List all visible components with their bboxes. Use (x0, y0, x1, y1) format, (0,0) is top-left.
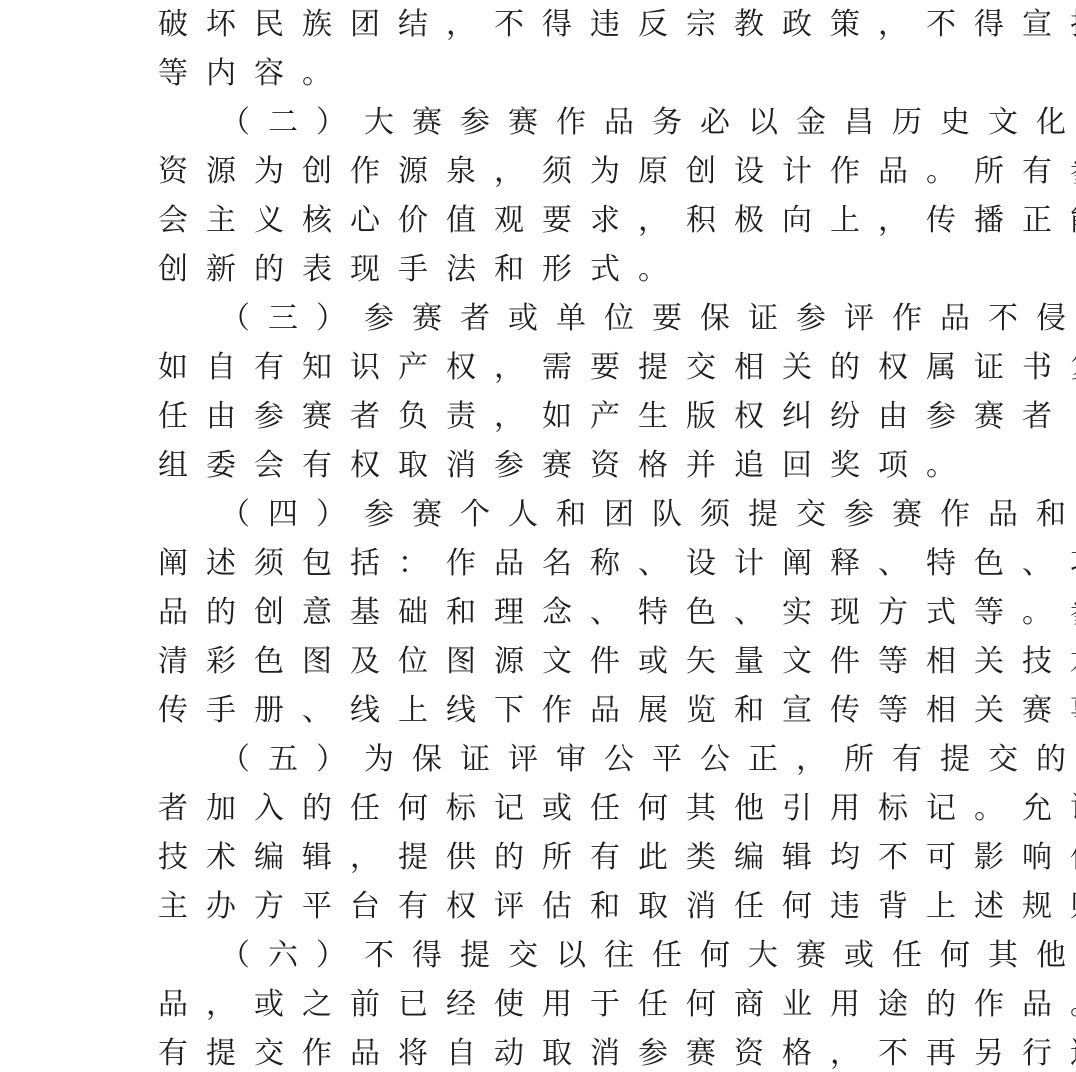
text-line: 传手册、线上线下作品展览和宣传等相关赛事宣传活动。 (158, 686, 948, 735)
text-line: 资源为创作源泉，须为原创设计作品。所有参赛作品必须符合社 (158, 147, 948, 196)
text-line: （二）大赛参赛作品务必以金昌历史文化、城市文化和旅游 (158, 98, 948, 147)
text-line: （五）为保证评审公平公正，所有提交的作品不得含有参赛 (158, 735, 948, 784)
paragraph-6: （六）不得提交以往任何大赛或任何其他比赛中已获奖的作 品，或之前已经使用于任何商… (158, 931, 948, 1072)
text-line: （六）不得提交以往任何大赛或任何其他比赛中已获奖的作 (158, 931, 948, 980)
text-line: 清彩色图及位图源文件或矢量文件等相关技术文件，用于制作宣 (158, 637, 948, 686)
text-line: 会主义核心价值观要求，积极向上，传播正能量，大赛鼓励使用 (158, 196, 948, 245)
paragraph-3: （三）参赛者或单位要保证参评作品不侵犯他人知识产权， 如自有知识产权，需要提交相… (158, 294, 948, 490)
text-line: 技术编辑，提供的所有此类编辑均不可影响作品的真伪或真实性。 (158, 833, 948, 882)
text-line: （三）参赛者或单位要保证参评作品不侵犯他人知识产权， (158, 294, 948, 343)
text-line: 阐述须包括：作品名称、设计阐释、特色、功能和价值描述，作 (158, 539, 948, 588)
paragraph-4: （四）参赛个人和团队须提交参赛作品和大赛承诺书。作品 阐述须包括：作品名称、设计… (158, 490, 948, 735)
text-line: 等内容。 (158, 49, 948, 98)
paragraph-2: （二）大赛参赛作品务必以金昌历史文化、城市文化和旅游 资源为创作源泉，须为原创设… (158, 98, 948, 294)
text-line: 品的创意基础和理念、特色、实现方式等。参赛作品均须提交高 (158, 588, 948, 637)
text-line: 者加入的任何标记或任何其他引用标记。允许对作品进行基本的 (158, 784, 948, 833)
text-line: 任由参赛者负责，如产生版权纠纷由参赛者自行承担法律责任， (158, 392, 948, 441)
paragraph-5: （五）为保证评审公平公正，所有提交的作品不得含有参赛 者加入的任何标记或任何其他… (158, 735, 948, 931)
text-line: 如自有知识产权，需要提交相关的权属证书复印件。知识产权责 (158, 343, 948, 392)
paragraph-1-tail: 破坏民族团结，不得违反宗教政策，不得宣扬淫秽、暴力、赌博 等内容。 (158, 0, 948, 98)
text-line: 有提交作品将自动取消参赛资格，不再另行通知。 (158, 1029, 948, 1072)
text-line: 创新的表现手法和形式。 (158, 245, 948, 294)
text-line: 组委会有权取消参赛资格并追回奖项。 (158, 441, 948, 490)
text-line: 破坏民族团结，不得违反宗教政策，不得宣扬淫秽、暴力、赌博 (158, 0, 948, 49)
text-line: 主办方平台有权评估和取消任何违背上述规则的参赛作品。 (158, 882, 948, 931)
text-line: （四）参赛个人和团队须提交参赛作品和大赛承诺书。作品 (158, 490, 948, 539)
text-line: 品，或之前已经使用于任何商业用途的作品。违反上述规则的所 (158, 980, 948, 1029)
document-page: 破坏民族团结，不得违反宗教政策，不得宣扬淫秽、暴力、赌博 等内容。 （二）大赛参… (158, 0, 948, 1072)
